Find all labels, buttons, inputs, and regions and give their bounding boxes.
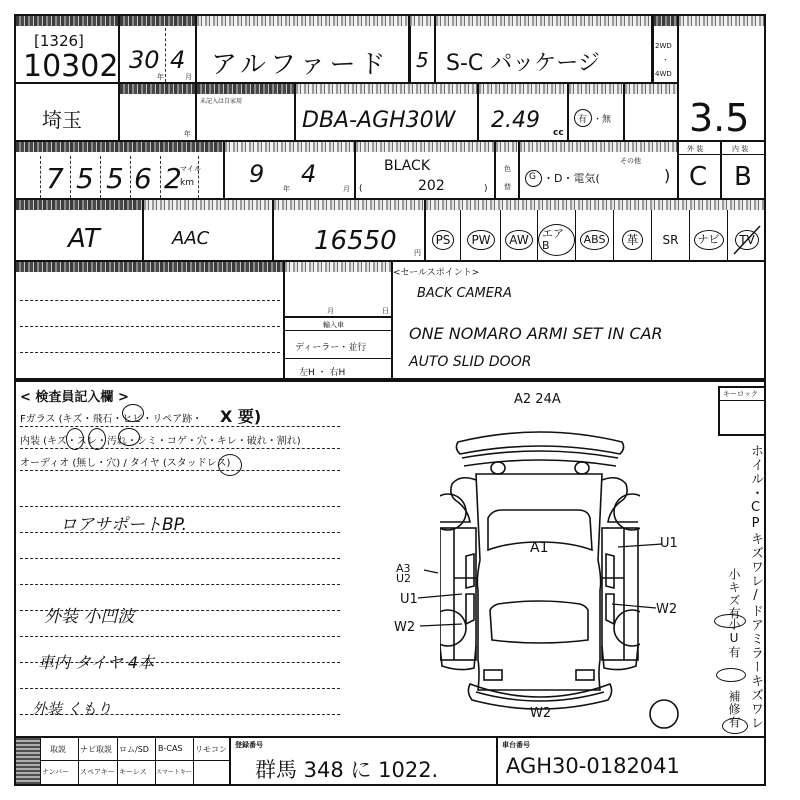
drive-2wd: 2WD: [655, 42, 672, 50]
accessories-cell: 取説 ナビ取説 ロム/SD B-CAS リモコン ナンバー スペアキー キーレス…: [14, 736, 231, 786]
equipment-label: ナビ: [694, 230, 724, 250]
header-bar: [436, 16, 652, 26]
mark-circle: [122, 404, 144, 422]
recycle-fee: 16550: [314, 226, 397, 256]
mark-front: A2 24A: [514, 392, 561, 407]
option-no: 無: [602, 112, 611, 125]
inspection-month-unit: 月: [343, 184, 350, 194]
location-year-cell: 年: [118, 82, 197, 142]
month-unit: 月: [185, 72, 192, 82]
equipment-label: ABS: [580, 230, 610, 250]
header-bar: [653, 16, 677, 26]
side-mark-small-scratch: 小キズ有: [726, 568, 743, 620]
header-bar: [625, 84, 677, 94]
mark-circle: [88, 428, 106, 450]
header-bar: [16, 262, 283, 272]
header-bar: [197, 16, 409, 26]
mileage-cell: 7 5 5 6 2 マイル km: [14, 140, 225, 200]
header-bar: [426, 200, 764, 210]
pointer-lines-icon: [400, 540, 680, 640]
header-bar: [120, 84, 195, 94]
accessory-keyless: キーレス: [119, 767, 147, 777]
color-change-label-2: 替: [504, 182, 511, 192]
inspector-interior-line: 内装 (キズ・スレ・汚れ・シミ・コゲ・穴・キレ・破れ・割れ): [20, 432, 301, 447]
option-cell: 有 ・ 無: [567, 82, 625, 142]
fuel-other-label: その他: [620, 156, 641, 166]
header-bar: [679, 16, 764, 26]
color-change-label-1: 色: [504, 164, 511, 174]
color-cell: ( BLACK 202 ): [354, 140, 496, 200]
door-count: 5: [416, 48, 429, 72]
year-unit: 年: [184, 129, 191, 139]
sales-point-3: AUTO SLID DOOR: [409, 354, 531, 370]
equipment-sunroof: SR: [652, 222, 689, 258]
aircon: AAC: [172, 228, 209, 249]
mileage-digit: 7: [46, 162, 64, 195]
sales-point-header: <セールスポイント>: [393, 265, 479, 278]
accessory-nav-manual: ナビ取説: [80, 744, 112, 755]
registration-expiry-cell: 月 日: [283, 260, 393, 318]
blank-cell: [623, 82, 679, 142]
model-code-cell: DBA-AGH30W: [294, 82, 479, 142]
sales-point-2: ONE NOMARO ARMI SET IN CAR: [409, 324, 663, 343]
exterior-grade: C: [689, 162, 707, 192]
inspector-cell: < 検査員記入欄 > Fガラス (キズ・飛石・ヒビ・リペア跡・ X 要) 内装 …: [14, 380, 344, 738]
header-bar: [479, 84, 567, 94]
accessory-manual: 取説: [50, 744, 66, 755]
accessory-smart-key: スマートキー: [156, 767, 192, 776]
accessory-bcas: B-CAS: [158, 744, 183, 753]
header-bar: [520, 142, 677, 152]
exterior-label: 外 装: [687, 144, 703, 154]
mileage-digit: 5: [76, 162, 94, 195]
expiry-day-unit: 日: [382, 306, 389, 316]
displacement-unit: cc: [553, 128, 564, 138]
lot-number-cell: [1326] 10302: [14, 14, 120, 84]
mark-circle: [714, 614, 746, 628]
side-vertical-text: ホイル・CPキズワレ/ドアミラーキズワレ: [746, 444, 765, 734]
usage-note: 未記入は自家用: [200, 96, 242, 105]
inspector-glass-line: Fガラス (キズ・飛石・ヒビ・リペア跡・: [20, 410, 202, 425]
first-registration-cell: 30 年 4 月: [118, 14, 197, 84]
spare-tire-icon: [648, 698, 680, 730]
plate-cell: 登録番号 群馬 348 に 1022.: [229, 736, 498, 786]
equipment-abs: ABS: [576, 222, 613, 258]
header-bar: [144, 200, 272, 210]
mark-circle: [218, 454, 242, 476]
inspection-year: 9: [249, 160, 264, 188]
header-bar: [496, 142, 518, 152]
header-bar: [569, 84, 623, 94]
grade-cell: S-C パッケージ: [434, 14, 654, 84]
plate-value: 群馬 348 に 1022.: [255, 754, 438, 784]
import-label: 輸入車: [323, 320, 344, 330]
registration-year: 30: [129, 46, 160, 74]
dealer-option: ディーラー・並行: [295, 340, 366, 353]
chassis-value: AGH30-0182041: [506, 754, 680, 778]
steering-option: 左H ・ 右H: [299, 365, 345, 378]
mark-circle: [716, 668, 746, 682]
paren-open: (: [359, 184, 363, 194]
equipment-alloy-wheel: AW: [501, 222, 537, 258]
location: 埼玉: [42, 104, 82, 133]
equipment-power-steering: PS: [426, 222, 460, 258]
header-bar: [16, 142, 223, 152]
lot-bracket: [1326]: [34, 32, 84, 50]
equipment-airbag: エアB: [538, 222, 575, 258]
option-sep: ・: [593, 112, 602, 125]
drive-type-cell: 2WD ・ 4WD: [651, 14, 679, 84]
usage-cell: 未記入は自家用: [195, 82, 296, 142]
sales-point-cell: <セールスポイント> BACK CAMERA ONE NOMARO ARMI S…: [391, 260, 766, 380]
color-change-cell: 色 替: [494, 140, 520, 200]
equipment-navigation: ナビ: [690, 222, 727, 258]
equipment-label: エアB: [538, 224, 575, 256]
fuel-gasoline: G: [529, 172, 536, 182]
header-bar: [120, 16, 195, 26]
inspector-note-4: 外装 くもり: [32, 698, 112, 719]
location-cell: 埼玉: [14, 82, 120, 142]
header-bar: [410, 16, 434, 26]
plate-label: 登録番号: [235, 740, 263, 750]
glass-replace-mark: X 要): [220, 404, 261, 427]
mark-circle: [118, 428, 140, 446]
fuel-options: ・D・電気(: [543, 170, 600, 186]
interior-grade: B: [734, 162, 752, 192]
inspector-note-3: 車内 タイヤ 4本: [38, 650, 154, 673]
header-bar: [225, 142, 354, 152]
header-bar: [356, 142, 494, 152]
header-bar: [16, 200, 142, 210]
header-bar: [285, 262, 391, 272]
mileage-digit: 5: [106, 162, 124, 195]
displacement-cell: 2.49 cc: [477, 82, 569, 142]
recycle-unit: 円: [414, 248, 421, 258]
accessory-rom-sd: ロム/SD: [119, 744, 149, 755]
header-bar: [296, 84, 477, 94]
mark-circle: [66, 428, 84, 450]
equipment-leather: 革: [614, 222, 651, 258]
year-unit: 年: [157, 72, 164, 82]
sales-point-1: BACK CAMERA: [417, 286, 512, 301]
inspector-audio-tire-line: オーディオ (無し・穴) / タイヤ (スタッドレス): [20, 454, 230, 469]
color-name: BLACK: [384, 158, 430, 174]
doors-cell: 5: [408, 14, 436, 84]
mileage-unit-km: km: [180, 178, 194, 188]
header-bar: [274, 200, 424, 210]
interior-label: 内 装: [732, 144, 748, 154]
accessory-number: ナンバー: [42, 767, 69, 777]
header-bar: [16, 16, 118, 26]
registration-month: 4: [170, 46, 185, 74]
equipment-label: PS: [432, 230, 455, 250]
equipment-label: PW: [467, 230, 494, 250]
mileage-unit-mile: マイル: [180, 164, 201, 174]
inspection-month: 4: [301, 160, 316, 188]
paren-close: ): [484, 184, 488, 194]
inspection-cell: 9 年 4 月: [223, 140, 356, 200]
inspector-header: < 検査員記入欄 >: [20, 386, 129, 405]
grade: S-C パッケージ: [446, 46, 600, 77]
model-name: アルファード: [211, 44, 389, 81]
tv-cross-mark-icon: [730, 222, 764, 258]
expiry-month-unit: 月: [327, 306, 334, 316]
drive-4wd: 4WD: [655, 70, 672, 78]
equipment-label: SR: [663, 233, 679, 247]
mileage-digit: 6: [134, 162, 152, 195]
drive-sep: ・: [662, 55, 669, 65]
equipment-label: 革: [622, 230, 642, 250]
mark-circle: [722, 718, 748, 734]
import-cell: 輸入車 ディーラー・並行 左H ・ 右H: [283, 316, 393, 380]
transmission: AT: [68, 224, 100, 254]
score-cell: 3.5: [677, 14, 766, 142]
exterior-grade-cell: 外 装 C: [677, 140, 722, 200]
chassis-label: 車台番号: [502, 740, 530, 750]
header-bar: [197, 84, 294, 94]
inspection-year-unit: 年: [283, 184, 290, 194]
accessory-remote: リモコン: [195, 744, 227, 755]
inspector-note-2: 外装 小凹波: [44, 602, 134, 627]
transmission-cell: AT: [14, 198, 144, 262]
caution-notes-cell: [14, 260, 285, 380]
option-yes: 有: [578, 112, 587, 125]
overall-score: 3.5: [689, 96, 749, 140]
fuel-close: ): [664, 166, 670, 185]
color-code: 202: [418, 178, 445, 194]
chassis-cell: 車台番号 AGH30-0182041: [496, 736, 766, 786]
displacement: 2.49: [491, 108, 540, 133]
aircon-cell: AAC: [142, 198, 274, 262]
equipment-label: AW: [505, 230, 532, 250]
interior-grade-cell: 内 装 B: [720, 140, 766, 200]
recycle-fee-cell: 16550 円: [272, 198, 426, 262]
equipment-power-window: PW: [462, 222, 500, 258]
fuel-cell: G ・D・電気( その他 ): [518, 140, 679, 200]
lot-number: 10302: [23, 49, 118, 84]
inspector-note-1: ロアサポートBP.: [60, 510, 187, 535]
keylock-cell: キーロック: [718, 386, 766, 436]
accessories-header-bar: [16, 738, 40, 784]
keylock-label: キーロック: [723, 389, 758, 399]
mark-rear: W2: [530, 706, 551, 721]
accessory-spare-key: スペアキー: [80, 767, 115, 777]
model-code: DBA-AGH30W: [302, 108, 455, 133]
model-name-cell: アルファード: [195, 14, 411, 84]
